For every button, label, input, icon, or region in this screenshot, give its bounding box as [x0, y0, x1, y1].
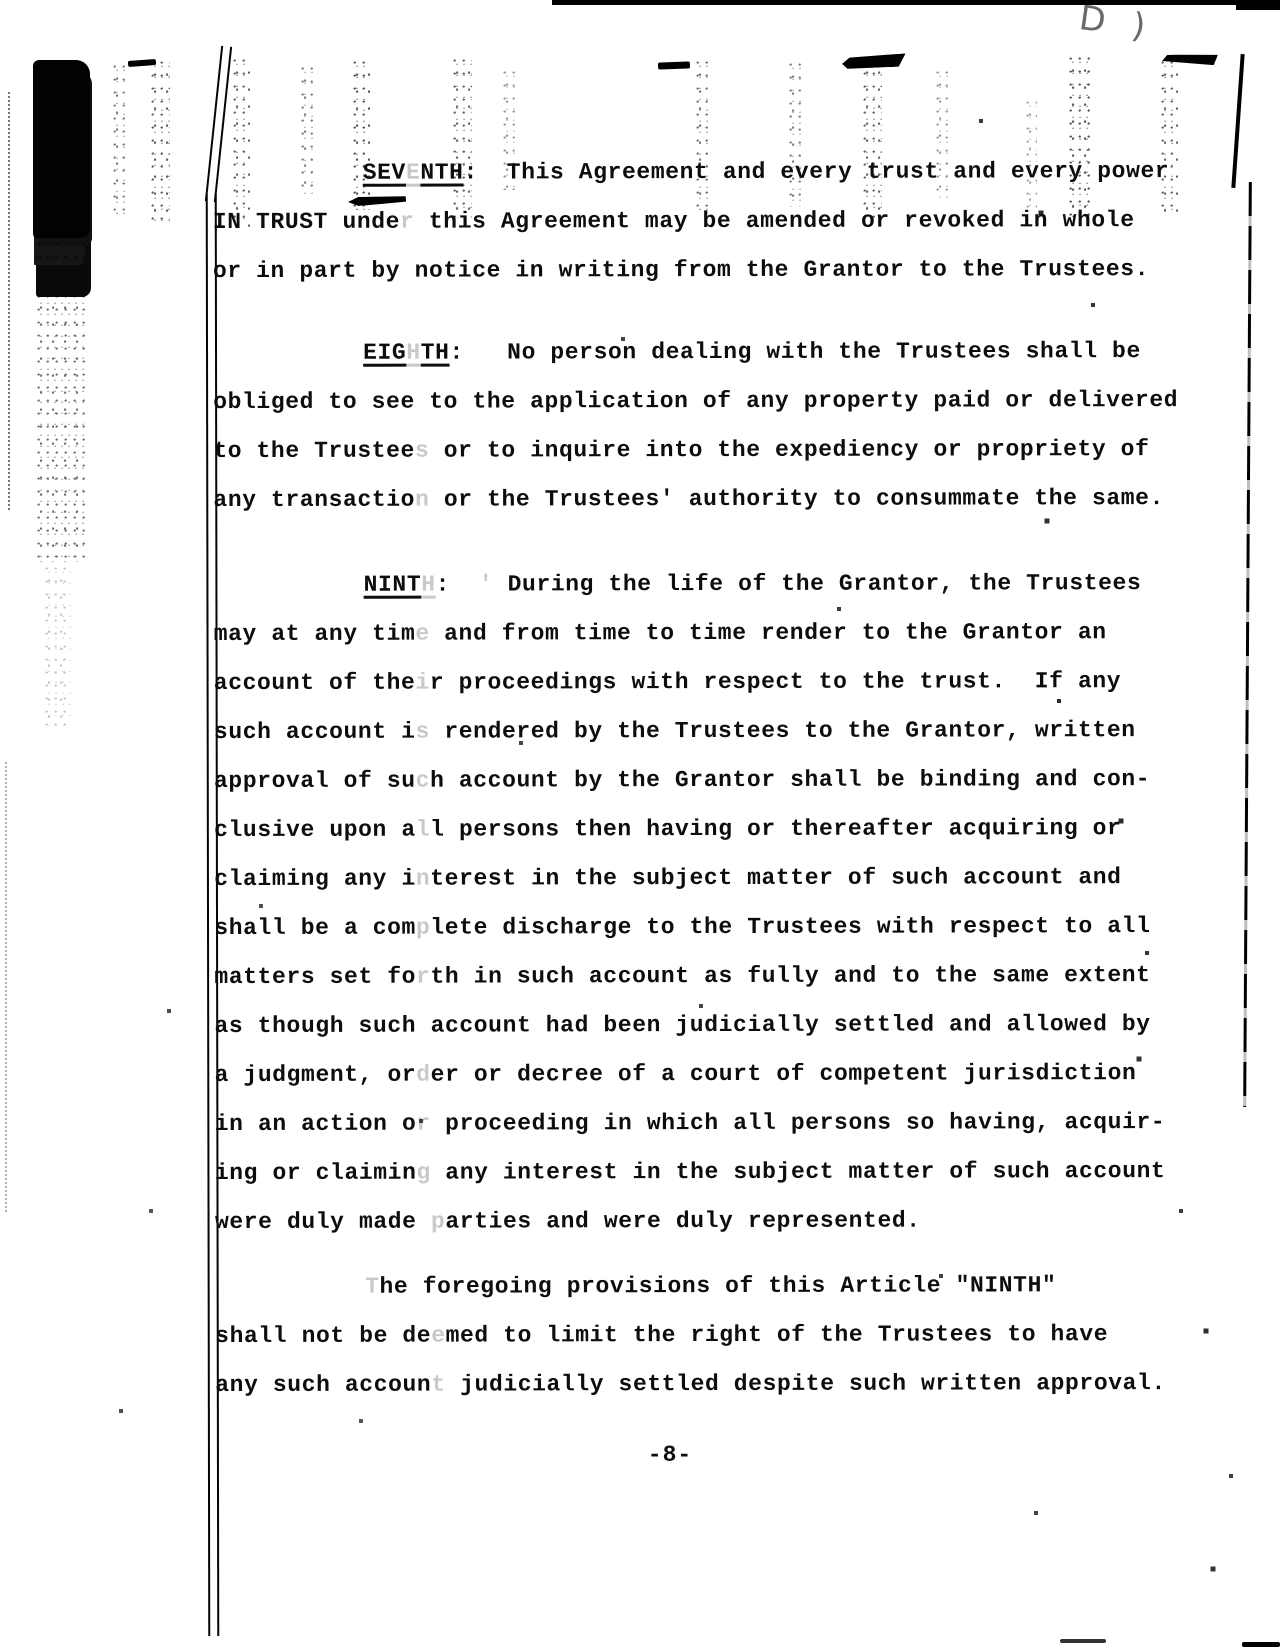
- text-line: shall be a complete discharge to the Tru…: [214, 902, 1224, 953]
- paragraph: SEVENTH: This Agreement and every trust …: [213, 147, 1223, 296]
- scan-dotted-edge: [5, 762, 7, 1212]
- scan-streak: [112, 64, 128, 214]
- scan-edge-bar-corner: [1236, 0, 1280, 10]
- text-line: were duly made parties and were duly rep…: [215, 1196, 1225, 1247]
- article-heading: EIGHTH: [363, 340, 449, 366]
- text-line: a judgment, order or decree of a court o…: [215, 1049, 1225, 1100]
- text-line: claiming any interest in the subject mat…: [214, 853, 1224, 904]
- right-margin-rule: [1243, 182, 1251, 1107]
- text-line: NINTH: ' During the life of the Grantor,…: [214, 559, 1224, 610]
- text-line: shall not be deemed to limit the right o…: [215, 1310, 1225, 1361]
- scan-smudge: [44, 566, 72, 726]
- scan-dash-mark: [842, 53, 907, 69]
- article-heading: SEVENTH: [363, 160, 464, 186]
- text-line: such account is rendered by the Trustees…: [214, 706, 1224, 757]
- scan-smudge: [36, 242, 86, 562]
- document-body: SEVENTH: This Agreement and every trust …: [213, 147, 1226, 1410]
- text-line: The foregoing provisions of this Article…: [215, 1261, 1225, 1312]
- text-line: any such account judicially settled desp…: [215, 1359, 1225, 1410]
- scan-dotted-edge: [8, 92, 10, 510]
- page-number: -8-: [540, 1442, 800, 1468]
- text-line: any transaction or the Trustees' authori…: [213, 474, 1223, 525]
- scan-streak: [150, 60, 170, 225]
- text-line: or in part by notice in writing from the…: [213, 245, 1223, 296]
- scan-dash-mark: [1060, 1639, 1106, 1643]
- scan-speckles: [0, 0, 2, 2]
- text-line: as though such account had been judicial…: [214, 1000, 1224, 1051]
- text-line: to the Trustees or to inquire into the e…: [213, 425, 1223, 476]
- paragraph: The foregoing provisions of this Article…: [215, 1261, 1225, 1410]
- text-line: account of their proceedings with respec…: [214, 657, 1224, 708]
- article-heading: NINTH: [364, 572, 436, 598]
- paragraph: EIGHTH: No person dealing with the Trust…: [213, 327, 1223, 525]
- scan-dash-mark: [658, 61, 690, 69]
- paragraph: NINTH: ' During the life of the Grantor,…: [214, 559, 1225, 1247]
- text-line: SEVENTH: This Agreement and every trust …: [213, 147, 1223, 198]
- scan-dash-mark: [1242, 1642, 1280, 1647]
- scan-edge-bar: [552, 0, 1280, 5]
- text-line: obliged to see to the application of any…: [213, 376, 1223, 427]
- right-margin-rule-top: [1231, 54, 1244, 188]
- text-line: in an action or proceeding in which all …: [215, 1098, 1225, 1149]
- text-line: approval of such account by the Grantor …: [214, 755, 1224, 806]
- scan-ink-blob: [33, 60, 90, 238]
- text-line: IN TRUST under this Agreement may be ame…: [213, 196, 1223, 247]
- document-page: D ) SEVENTH: This Agreement and every tr…: [0, 0, 1280, 1648]
- text-line: clusive upon all persons then having or …: [214, 804, 1224, 855]
- text-line: EIGHTH: No person dealing with the Trust…: [213, 327, 1223, 378]
- text-line: ing or claiming any interest in the subj…: [215, 1147, 1225, 1198]
- text-line: matters set forth in such account as ful…: [214, 951, 1224, 1002]
- text-line: may at any time and from time to time re…: [214, 608, 1224, 659]
